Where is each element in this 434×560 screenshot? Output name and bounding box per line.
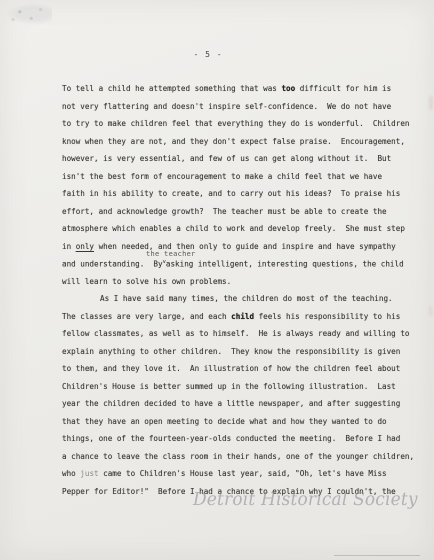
text-line: who just came to Children's House last y… — [62, 469, 426, 487]
text-line: things, one of the fourteen-year-olds co… — [62, 434, 426, 452]
text-line: that they have an open meeting to decide… — [62, 417, 426, 435]
page-number: - 5 - — [0, 50, 416, 59]
text-line: The classes are very large, and each chi… — [62, 312, 426, 330]
text-line: atmosphere which enables a child to work… — [62, 224, 426, 242]
line-text: feels his responsibility to his — [254, 312, 400, 321]
line-text: The classes are very large, and each — [62, 312, 231, 321]
text-line: effort, and acknowledge growth? The teac… — [62, 207, 426, 225]
underlined-word: only — [76, 242, 94, 251]
line-text: when needed, and then only to guide and … — [94, 242, 396, 251]
text-line: faith in his ability to create, and to c… — [62, 189, 426, 207]
text-line: and understanding. Byvasking intelligent… — [62, 259, 426, 277]
text-line: fellow classmates, as well as to himself… — [62, 329, 426, 347]
scan-edge-artifact — [429, 306, 432, 316]
text-line: explain anything to other children. They… — [62, 347, 426, 365]
scan-smudge — [6, 3, 52, 25]
scan-edge-artifact — [429, 96, 433, 110]
faded-inserted-word: just — [80, 469, 98, 478]
text-line: in only when needed, and then only to gu… — [62, 242, 426, 260]
text-line-paragraph-start: As I have said many times, the children … — [62, 294, 426, 312]
text-line: not very flattering and doesn't inspire … — [62, 102, 426, 120]
emphasized-word: too — [281, 84, 295, 93]
text-line: to them, and they love it. An illustrati… — [62, 364, 426, 382]
scan-edge-line — [334, 555, 420, 556]
typed-interline-insertion: the teacher — [146, 250, 196, 258]
text-line: to try to make children feel that everyt… — [62, 119, 426, 137]
text-line: Children's House is better summed up in … — [62, 382, 426, 400]
text-line: however, is very essential, and few of u… — [62, 154, 426, 172]
line-text: came to Children's House last year, said… — [99, 469, 387, 478]
overstruck-word: child — [231, 312, 254, 321]
line-text: To tell a child he attempted something t… — [62, 84, 281, 93]
line-text: and understanding. By — [62, 260, 163, 269]
watermark-text: Detroit Historical Society — [193, 490, 418, 510]
text-line: year the children decided to have a litt… — [62, 399, 426, 417]
text-line: a chance to leave the class room in thei… — [62, 452, 426, 470]
line-text: asking intelligent, interesting question… — [166, 260, 404, 269]
text-line: To tell a child he attempted something t… — [62, 84, 426, 102]
document-body-text: To tell a child he attempted something t… — [62, 84, 426, 504]
scanned-document-page: - 5 - To tell a child he attempted somet… — [0, 0, 434, 560]
line-text: who — [62, 469, 80, 478]
text-line: isn't the best form of encouragement to … — [62, 172, 426, 190]
line-text: in — [62, 242, 76, 251]
text-line: know when they are not, and they don't e… — [62, 137, 426, 155]
line-text: difficult for him is — [295, 84, 391, 93]
text-line: will learn to solve his own problems. — [62, 277, 426, 295]
